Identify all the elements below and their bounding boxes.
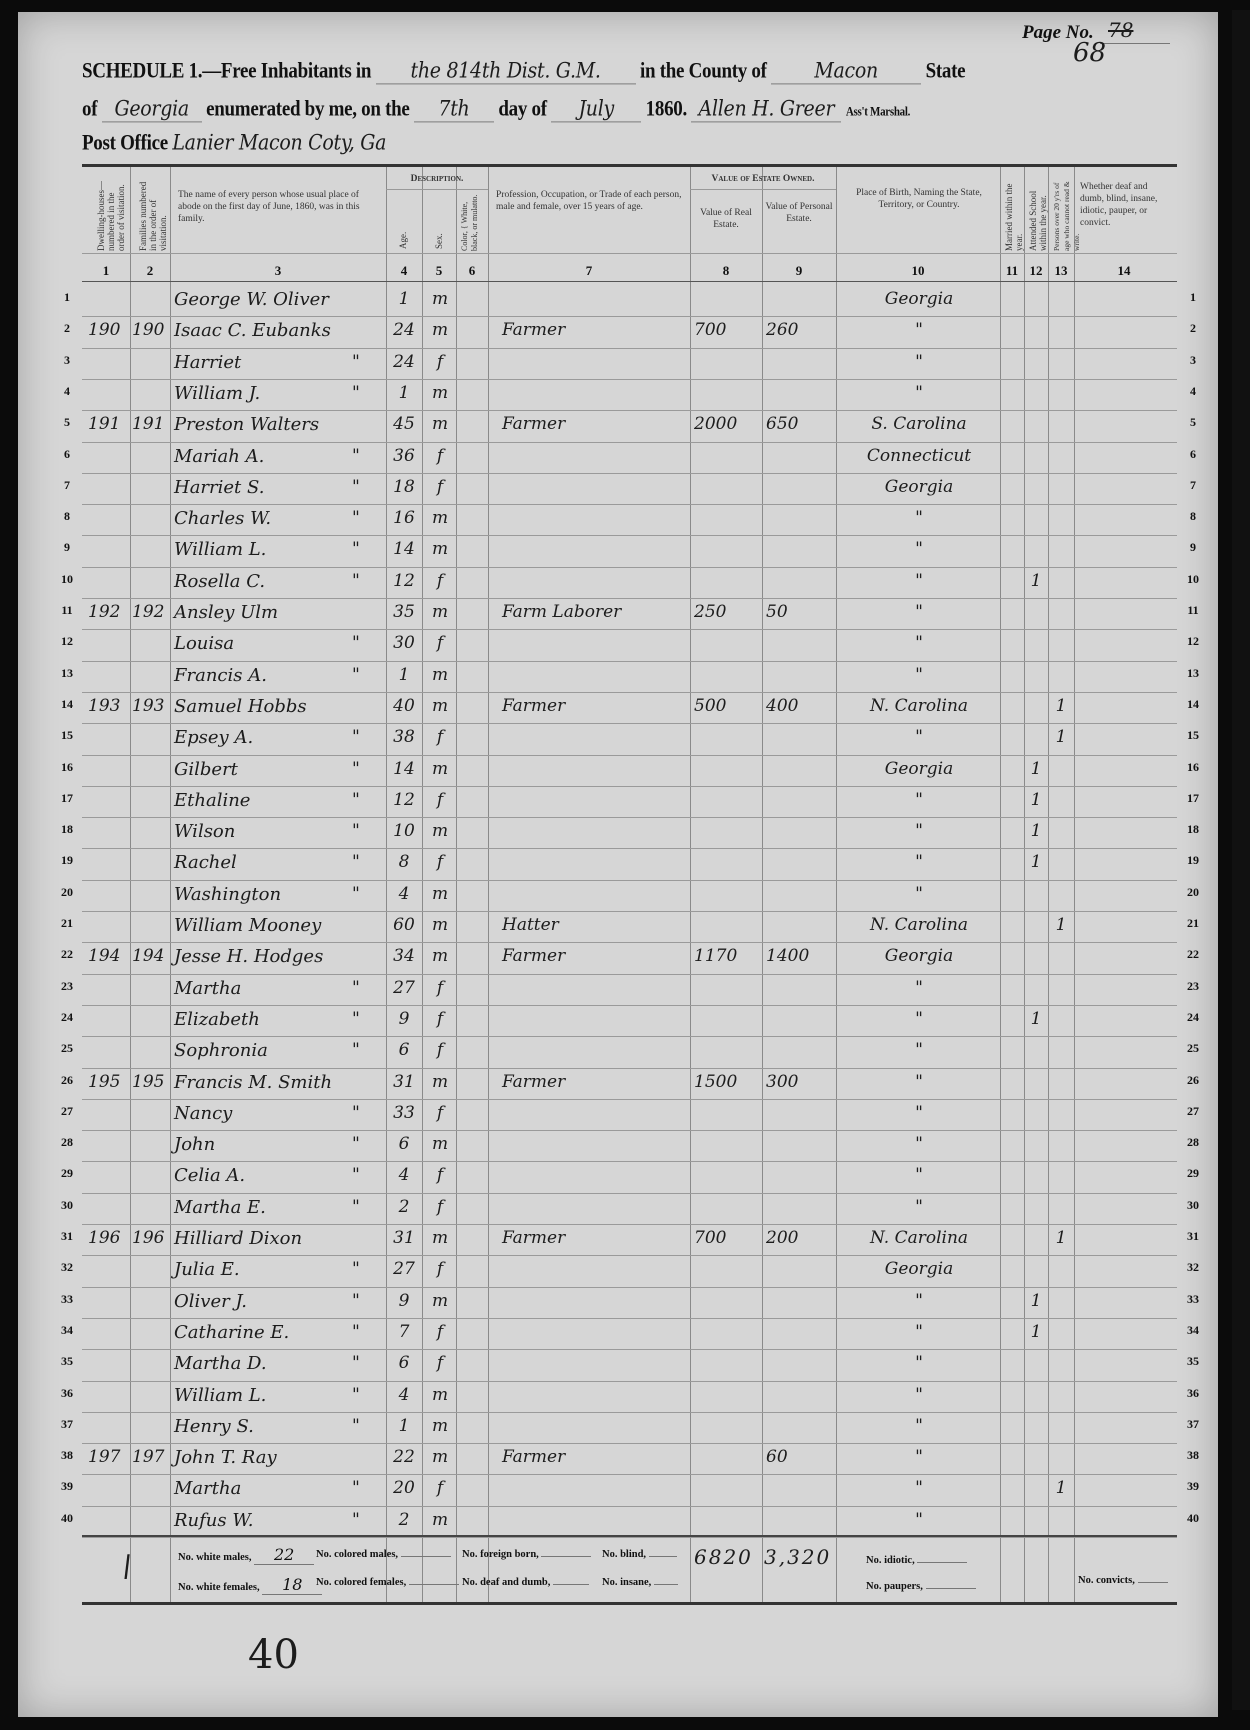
birthplace: "	[840, 790, 998, 810]
col11-header: Married within the year.	[1004, 173, 1024, 251]
real-estate-value: 2000	[694, 414, 760, 434]
cannot-read-write-mark: 1	[1050, 915, 1072, 935]
person-name: Oliver J.	[174, 1291, 374, 1312]
person-name: William Mooney	[174, 915, 374, 936]
birthplace: "	[840, 1416, 998, 1436]
line-number-right: 36	[1178, 1386, 1208, 1401]
surname-ditto: "	[352, 852, 372, 872]
of-label: of	[82, 97, 97, 121]
col12-header: Attended School within the year.	[1028, 173, 1048, 251]
row-rule	[82, 880, 1177, 881]
person-name: William J.	[174, 383, 374, 404]
birthplace: "	[840, 1134, 998, 1154]
col3-header: The name of every person whose usual pla…	[178, 189, 378, 225]
person-name: Preston Walters	[174, 414, 374, 435]
age-value: 12	[388, 571, 420, 591]
person-name: Martha D.	[174, 1353, 374, 1374]
line-number-right: 15	[1178, 728, 1208, 743]
birthplace: "	[840, 852, 998, 872]
line-number-right: 25	[1178, 1041, 1208, 1056]
sex-value: f	[426, 1478, 454, 1498]
summary-white-females: No. white females, 18	[178, 1575, 322, 1595]
col-number: 5	[422, 263, 456, 279]
row-rule	[82, 848, 1177, 849]
cannot-read-write-mark: 1	[1050, 1478, 1072, 1498]
cannot-read-write-mark: 1	[1050, 727, 1072, 747]
line-number-left: 27	[52, 1104, 82, 1119]
birthplace: "	[840, 508, 998, 528]
person-name: Sophronia	[174, 1040, 374, 1061]
row-rule	[82, 1005, 1177, 1006]
day-of-label: day of	[498, 97, 546, 121]
birthplace: "	[840, 1510, 998, 1530]
surname-ditto: "	[352, 790, 372, 810]
line-number-right: 8	[1178, 509, 1208, 524]
sex-value: m	[426, 508, 454, 528]
line-number-left: 40	[52, 1511, 82, 1526]
line-number-right: 38	[1178, 1448, 1208, 1463]
sex-value: m	[426, 1228, 454, 1248]
family-number: 197	[132, 1447, 168, 1467]
sex-value: m	[426, 383, 454, 403]
family-number: 191	[132, 414, 168, 434]
birthplace: N. Carolina	[840, 696, 998, 716]
surname-ditto: "	[352, 1259, 372, 1279]
occupation: Farmer	[502, 414, 688, 434]
birthplace: "	[840, 1447, 998, 1467]
surname-ditto: "	[352, 1103, 372, 1123]
person-name: Francis M. Smith	[174, 1072, 374, 1093]
sex-value: f	[426, 1009, 454, 1029]
county-field: Macon	[771, 58, 921, 84]
surname-ditto: "	[352, 1416, 372, 1436]
person-name: William L.	[174, 1385, 374, 1406]
row-rule	[82, 535, 1177, 536]
sex-value: m	[426, 1134, 454, 1154]
header-line-2: of Georgia enumerated by me, on the 7th …	[82, 96, 910, 122]
person-name: John T. Ray	[174, 1447, 374, 1468]
person-name: Henry S.	[174, 1416, 374, 1437]
person-name: Hilliard Dixon	[174, 1228, 374, 1249]
line-number-left: 17	[52, 791, 82, 806]
surname-ditto: "	[352, 1040, 372, 1060]
surname-ditto: "	[352, 633, 372, 653]
row-rule	[82, 567, 1177, 568]
surname-ditto: "	[352, 1009, 372, 1029]
page-no-underline	[1100, 43, 1170, 44]
row-rule	[82, 1068, 1177, 1069]
line-number-right: 20	[1178, 885, 1208, 900]
sex-value: m	[426, 414, 454, 434]
birthplace: Georgia	[840, 759, 998, 779]
col-number: 7	[488, 263, 690, 279]
row-rule	[82, 755, 1177, 756]
family-number: 194	[132, 946, 168, 966]
col6-header: Color, { White, black, or mulatto.	[460, 193, 480, 251]
sex-value: m	[426, 1291, 454, 1311]
row-rule	[82, 379, 1177, 380]
district-field: the 814th Dist. G.M.	[376, 58, 636, 84]
surname-ditto: "	[352, 1291, 372, 1311]
personal-estate-value: 400	[766, 696, 834, 716]
estate-group: Value of Estate Owned.	[690, 173, 836, 185]
summary-white-males: No. white males, 22	[178, 1545, 314, 1565]
personal-estate-value: 260	[766, 320, 834, 340]
occupation: Hatter	[502, 915, 688, 935]
age-value: 40	[388, 696, 420, 716]
line-number-left: 2	[52, 321, 82, 336]
enumerated-label: enumerated by me, on the	[206, 97, 409, 121]
family-number: 193	[132, 696, 168, 716]
person-name: Isaac C. Eubanks	[174, 320, 374, 341]
personal-estate-total: 3,320	[764, 1545, 831, 1569]
surname-ditto: "	[352, 727, 372, 747]
surname-ditto: "	[352, 508, 372, 528]
person-name: Harriet	[174, 352, 374, 373]
state-label: State	[926, 59, 966, 83]
line-number-right: 27	[1178, 1104, 1208, 1119]
row-rule	[82, 1193, 1177, 1194]
line-number-left: 1	[52, 290, 82, 305]
summary-insane: No. insane,	[602, 1577, 678, 1588]
sex-value: f	[426, 352, 454, 372]
summary-idiotic: No. idiotic,	[866, 1555, 967, 1566]
cannot-read-write-mark: 1	[1050, 1228, 1072, 1248]
line-number-right: 24	[1178, 1010, 1208, 1025]
header-line-1: SCHEDULE 1.—Free Inhabitants in the 814t…	[82, 58, 965, 84]
family-number: 192	[132, 602, 168, 622]
person-name: Martha	[174, 1478, 374, 1499]
person-name: Ethaline	[174, 790, 374, 811]
person-name: Harriet S.	[174, 477, 374, 498]
year-label: 1860.	[646, 97, 687, 121]
line-number-left: 38	[52, 1448, 82, 1463]
line-number-right: 33	[1178, 1292, 1208, 1307]
line-number-right: 6	[1178, 447, 1208, 462]
line-number-right: 22	[1178, 947, 1208, 962]
line-number-right: 13	[1178, 666, 1208, 681]
line-number-left: 15	[52, 728, 82, 743]
sex-value: f	[426, 633, 454, 653]
line-number-right: 14	[1178, 697, 1208, 712]
row-rule	[82, 911, 1177, 912]
row-rule	[82, 1474, 1177, 1475]
age-value: 10	[388, 821, 420, 841]
header-line-3: Post Office Lanier Macon Coty, Ga	[82, 130, 492, 156]
birthplace: "	[840, 633, 998, 653]
summary-convicts: No. convicts,	[1078, 1575, 1168, 1586]
col7-header: Profession, Occupation, or Trade of each…	[496, 189, 686, 213]
surname-ditto: "	[352, 1385, 372, 1405]
person-name: Julia E.	[174, 1259, 374, 1280]
age-value: 24	[388, 320, 420, 340]
state-field: Georgia	[102, 96, 202, 122]
line-number-left: 25	[52, 1041, 82, 1056]
row-rule	[82, 629, 1177, 630]
birthplace: Georgia	[840, 477, 998, 497]
row-rule	[82, 1443, 1177, 1444]
person-name: Washington	[174, 884, 374, 905]
row-rule	[82, 1130, 1177, 1131]
surname-ditto: "	[352, 477, 372, 497]
real-estate-value: 1170	[694, 946, 760, 966]
row-rule	[82, 1099, 1177, 1100]
col-number: 4	[386, 263, 422, 279]
col-number: 12	[1024, 263, 1048, 279]
person-name: Martha	[174, 978, 374, 999]
row-rule	[82, 442, 1177, 443]
description-group: Description.	[386, 173, 488, 185]
line-number-left: 13	[52, 666, 82, 681]
page-no-original: 78	[1108, 18, 1133, 42]
age-value: 4	[388, 1165, 420, 1185]
row-rule	[82, 504, 1177, 505]
sex-value: f	[426, 1165, 454, 1185]
col9-header: Value of Personal Estate.	[764, 201, 834, 225]
col-number: 1	[82, 263, 130, 279]
occupation: Farmer	[502, 1072, 688, 1092]
birthplace: "	[840, 727, 998, 747]
line-number-right: 19	[1178, 853, 1208, 868]
dwelling-number: 191	[88, 414, 128, 434]
line-number-right: 26	[1178, 1073, 1208, 1088]
line-number-left: 7	[52, 478, 82, 493]
age-value: 31	[388, 1072, 420, 1092]
birthplace: "	[840, 821, 998, 841]
age-value: 14	[388, 539, 420, 559]
line-number-left: 22	[52, 947, 82, 962]
line-number-right: 10	[1178, 572, 1208, 587]
col-number: 14	[1074, 263, 1174, 279]
real-estate-value: 1500	[694, 1072, 760, 1092]
post-office-label: Post Office	[82, 131, 168, 155]
age-value: 6	[388, 1353, 420, 1373]
birthplace: N. Carolina	[840, 915, 998, 935]
sex-value: f	[426, 1197, 454, 1217]
birthplace: "	[840, 1322, 998, 1342]
line-number-left: 21	[52, 916, 82, 931]
line-number-left: 12	[52, 634, 82, 649]
summary-colored-males: No. colored males,	[316, 1549, 451, 1560]
family-number: 196	[132, 1228, 168, 1248]
summary-foreign-born: No. foreign born,	[462, 1549, 591, 1560]
person-name: Ansley Ulm	[174, 602, 374, 623]
age-value: 2	[388, 1197, 420, 1217]
attended-school-mark: 1	[1026, 852, 1046, 872]
sex-value: m	[426, 1072, 454, 1092]
attended-school-mark: 1	[1026, 571, 1046, 591]
line-number-left: 9	[52, 540, 82, 555]
cannot-read-write-mark: 1	[1050, 696, 1072, 716]
sex-value: m	[426, 1510, 454, 1530]
line-number-left: 8	[52, 509, 82, 524]
line-number-right: 30	[1178, 1198, 1208, 1213]
line-number-left: 33	[52, 1292, 82, 1307]
row-rule	[82, 661, 1177, 662]
surname-ditto: "	[352, 1197, 372, 1217]
surname-ditto: "	[352, 1322, 372, 1342]
person-name: Rufus W.	[174, 1510, 374, 1531]
occupation: Farmer	[502, 320, 688, 340]
age-value: 45	[388, 414, 420, 434]
surname-ditto: "	[352, 884, 372, 904]
white-males-value: 22	[254, 1545, 314, 1565]
row-rule	[82, 1161, 1177, 1162]
col4-header: Age.	[398, 219, 408, 249]
line-number-right: 37	[1178, 1417, 1208, 1432]
col-number: 8	[690, 263, 762, 279]
age-value: 9	[388, 1291, 420, 1311]
person-name: Gilbert	[174, 759, 374, 780]
age-value: 34	[388, 946, 420, 966]
line-number-left: 28	[52, 1135, 82, 1150]
line-number-left: 35	[52, 1354, 82, 1369]
line-number-left: 36	[52, 1386, 82, 1401]
line-number-left: 23	[52, 979, 82, 994]
col8-header: Value of Real Estate.	[692, 207, 760, 231]
surname-ditto: "	[352, 539, 372, 559]
sex-value: m	[426, 759, 454, 779]
personal-estate-value: 200	[766, 1228, 834, 1248]
birthplace: "	[840, 1197, 998, 1217]
occupation: Farm Laborer	[502, 602, 688, 622]
attended-school-mark: 1	[1026, 1322, 1046, 1342]
day-field: 7th	[414, 96, 494, 122]
age-value: 60	[388, 915, 420, 935]
col10-header: Place of Birth, Naming the State, Territ…	[842, 187, 996, 211]
person-name: Elizabeth	[174, 1009, 374, 1030]
row-rule	[82, 1506, 1177, 1507]
white-females-value: 18	[262, 1575, 322, 1595]
line-number-right: 1	[1178, 290, 1208, 305]
attended-school-mark: 1	[1026, 759, 1046, 779]
birthplace: Georgia	[840, 946, 998, 966]
row-rule	[82, 817, 1177, 818]
surname-ditto: "	[352, 665, 372, 685]
row-rule	[82, 723, 1177, 724]
age-value: 1	[388, 289, 420, 309]
birthplace: "	[840, 1478, 998, 1498]
birthplace: "	[840, 1009, 998, 1029]
line-number-left: 5	[52, 415, 82, 430]
row-rule	[82, 974, 1177, 975]
age-value: 2	[388, 1510, 420, 1530]
line-number-right: 31	[1178, 1229, 1208, 1244]
birthplace: "	[840, 383, 998, 403]
birthplace: "	[840, 352, 998, 372]
age-value: 7	[388, 1322, 420, 1342]
age-value: 36	[388, 446, 420, 466]
surname-ditto: "	[352, 1478, 372, 1498]
row-rule	[82, 1412, 1177, 1413]
sex-value: f	[426, 852, 454, 872]
person-name: Jesse H. Hodges	[174, 946, 374, 967]
line-number-right: 2	[1178, 321, 1208, 336]
occupation: Farmer	[502, 1447, 688, 1467]
line-number-right: 12	[1178, 634, 1208, 649]
dwelling-number: 190	[88, 320, 128, 340]
post-office-field: Lanier Macon Coty, Ga	[172, 130, 492, 155]
line-number-right: 3	[1178, 353, 1208, 368]
row-rule	[82, 1537, 1177, 1538]
line-number-right: 28	[1178, 1135, 1208, 1150]
page-no-corrected: 68	[1073, 38, 1106, 68]
row-rule	[82, 1224, 1177, 1225]
age-value: 12	[388, 790, 420, 810]
person-name: Wilson	[174, 821, 374, 842]
age-value: 33	[388, 1103, 420, 1123]
birthplace: "	[840, 539, 998, 559]
col13-header: Persons over 20 y'rs of age who cannot r…	[1052, 173, 1082, 251]
sex-value: m	[426, 1416, 454, 1436]
row-rule	[82, 786, 1177, 787]
person-name: George W. Oliver	[174, 289, 374, 310]
line-number-left: 20	[52, 885, 82, 900]
sex-value: f	[426, 1259, 454, 1279]
occupation: Farmer	[502, 1228, 688, 1248]
sex-value: m	[426, 696, 454, 716]
line-number-left: 30	[52, 1198, 82, 1213]
col-number: 3	[170, 263, 386, 279]
personal-estate-value: 300	[766, 1072, 834, 1092]
col-number: 11	[1000, 263, 1024, 279]
row-rule	[82, 348, 1177, 349]
occupation: Farmer	[502, 946, 688, 966]
line-number-left: 18	[52, 822, 82, 837]
attended-school-mark: 1	[1026, 821, 1046, 841]
person-name: Rachel	[174, 852, 374, 873]
age-value: 27	[388, 1259, 420, 1279]
real-estate-value: 700	[694, 320, 760, 340]
sex-value: m	[426, 884, 454, 904]
row-rule	[82, 692, 1177, 693]
dwelling-number: 195	[88, 1072, 128, 1092]
sex-value: m	[426, 915, 454, 935]
line-number-right: 18	[1178, 822, 1208, 837]
schedule-label: SCHEDULE 1.—Free Inhabitants in	[82, 59, 371, 83]
line-number-right: 17	[1178, 791, 1208, 806]
summary-paupers: No. paupers,	[866, 1581, 976, 1592]
birthplace: Georgia	[840, 289, 998, 309]
attended-school-mark: 1	[1026, 1009, 1046, 1029]
col-number: 6	[456, 263, 488, 279]
line-number-right: 29	[1178, 1166, 1208, 1181]
dwelling-number: 194	[88, 946, 128, 966]
total-persons-note: 40	[248, 1632, 299, 1678]
age-value: 1	[388, 1416, 420, 1436]
age-value: 4	[388, 884, 420, 904]
line-number-right: 35	[1178, 1354, 1208, 1369]
line-number-left: 39	[52, 1479, 82, 1494]
line-number-right: 4	[1178, 384, 1208, 399]
person-name: John	[174, 1134, 374, 1155]
birthplace: "	[840, 602, 998, 622]
surname-ditto: "	[352, 1353, 372, 1373]
birthplace: "	[840, 1353, 998, 1373]
surname-ditto: "	[352, 821, 372, 841]
age-value: 35	[388, 602, 420, 622]
age-value: 1	[388, 383, 420, 403]
surname-ditto: "	[352, 759, 372, 779]
family-number: 195	[132, 1072, 168, 1092]
birthplace: "	[840, 1072, 998, 1092]
age-value: 24	[388, 352, 420, 372]
personal-estate-value: 650	[766, 414, 834, 434]
surname-ditto: "	[352, 383, 372, 403]
row-rule	[82, 1255, 1177, 1256]
age-value: 27	[388, 978, 420, 998]
dwelling-number: 192	[88, 602, 128, 622]
